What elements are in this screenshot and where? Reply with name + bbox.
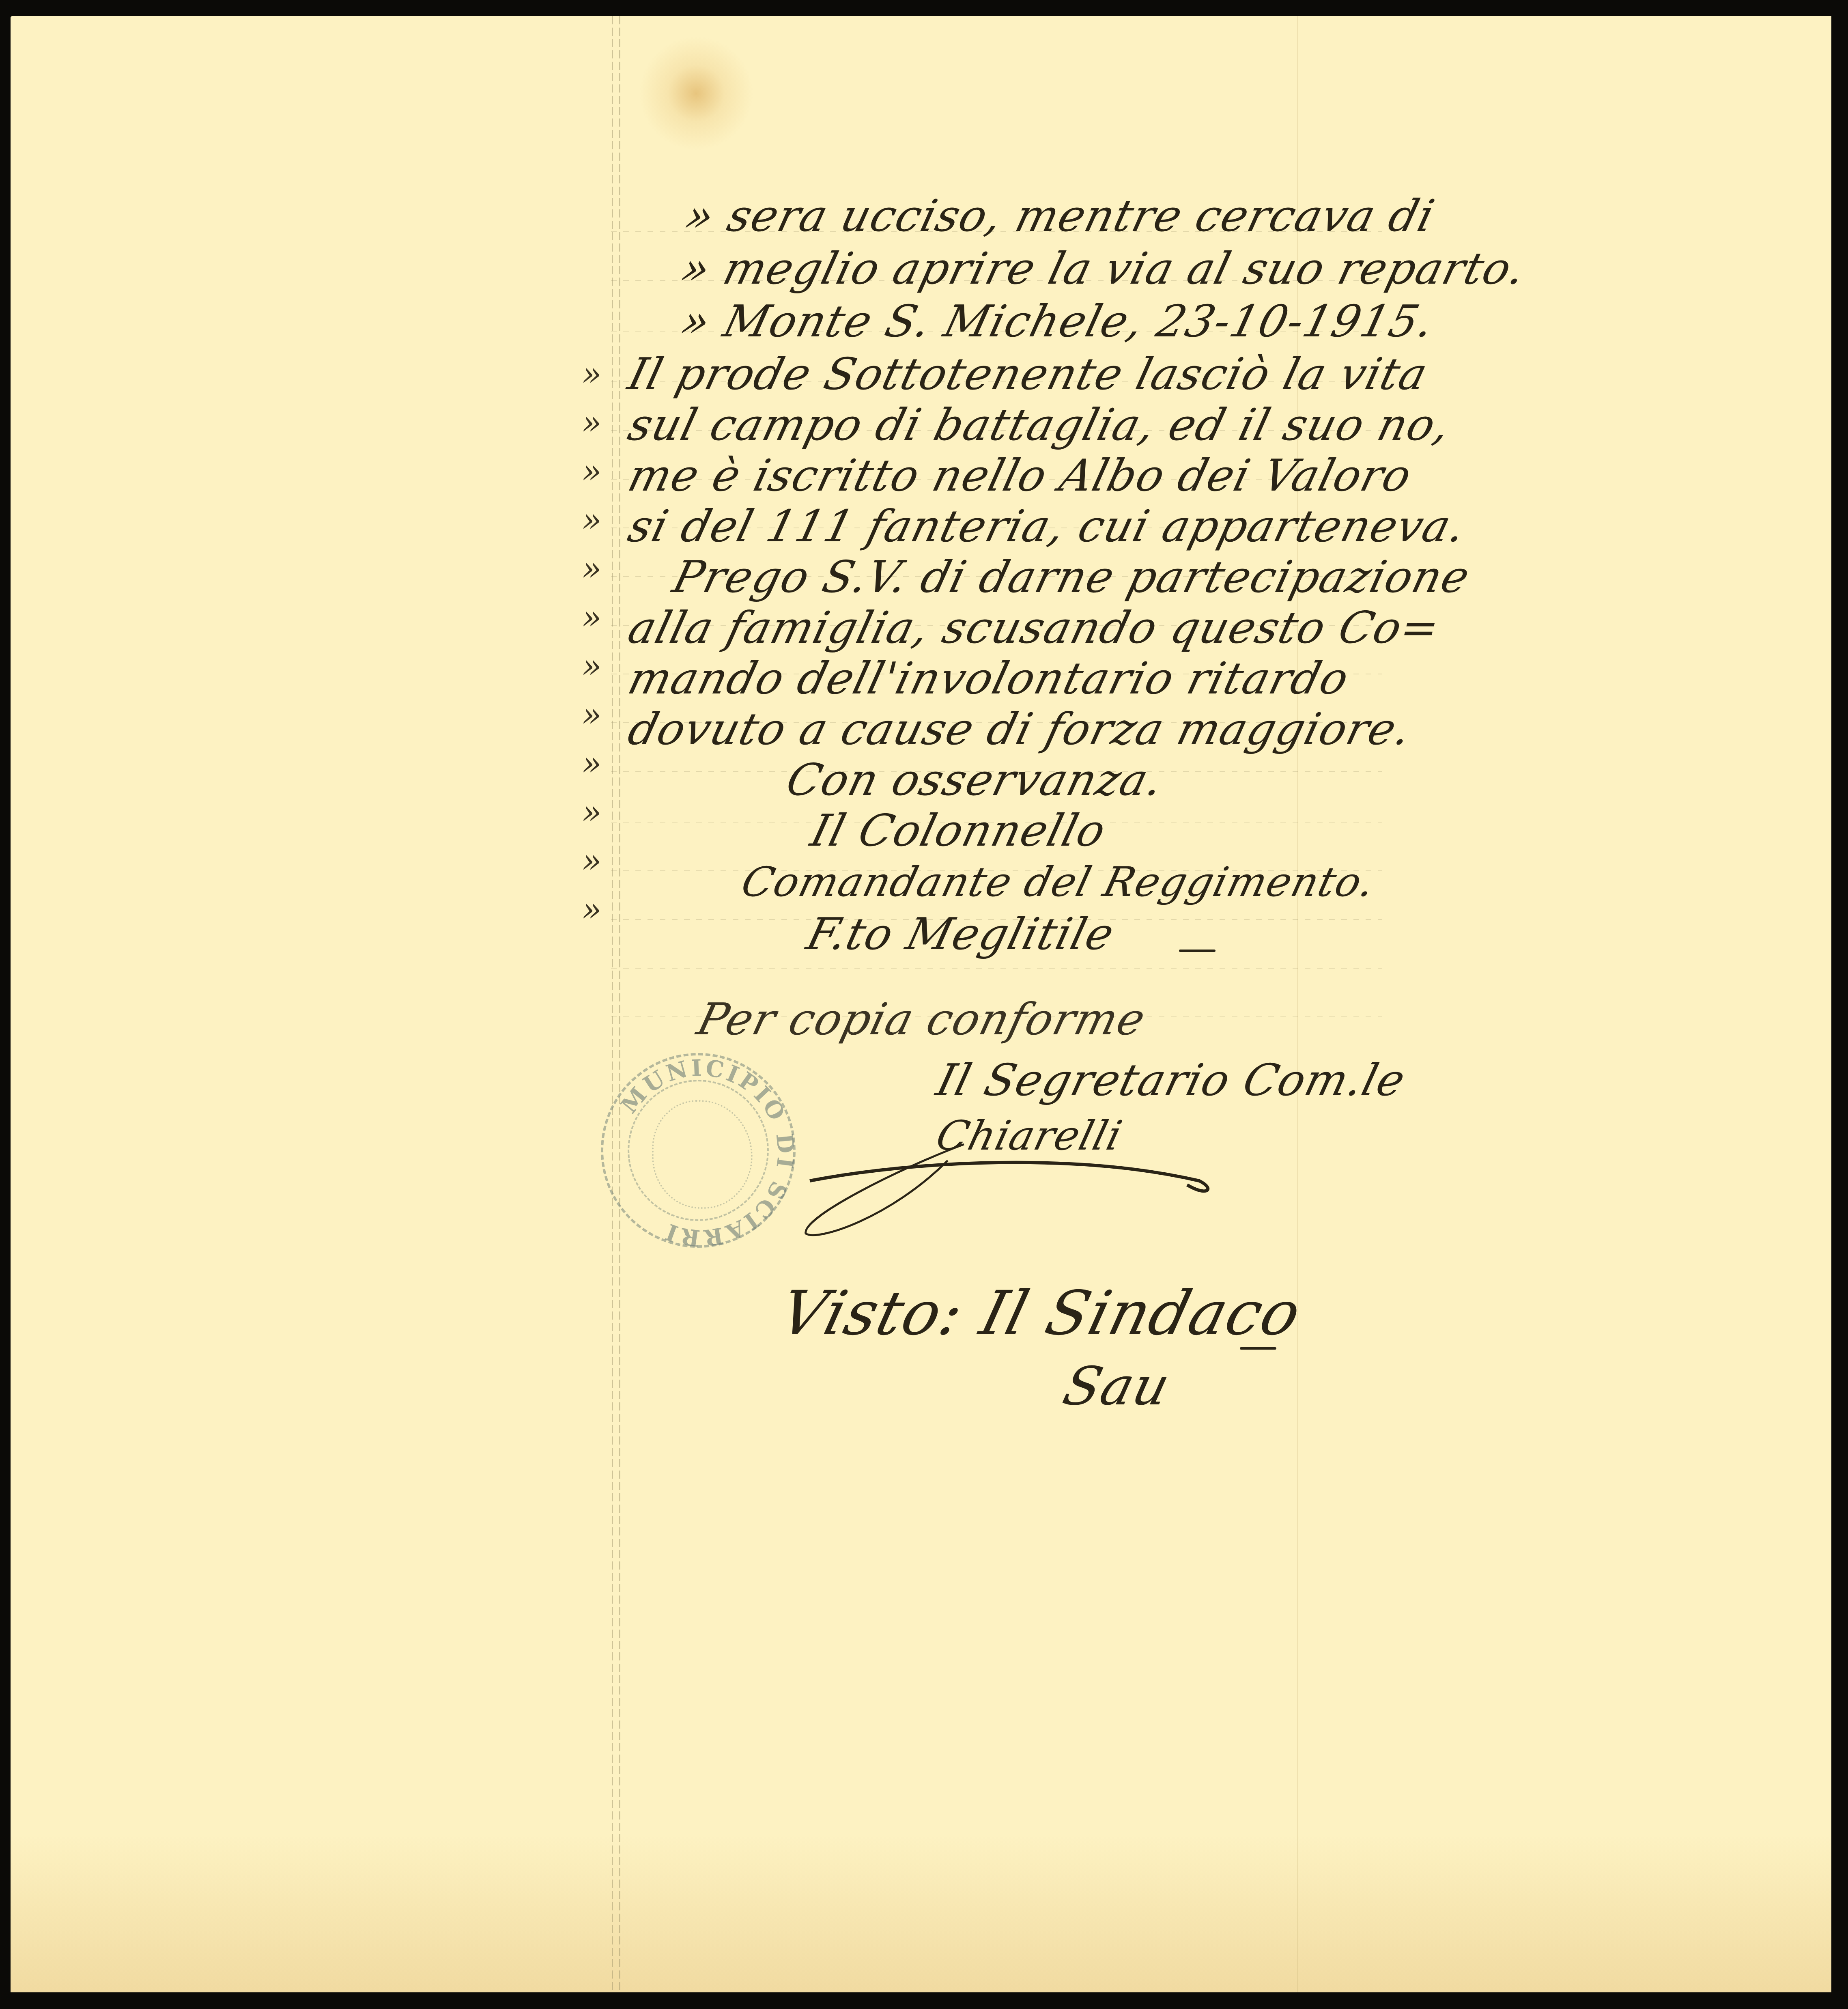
copy-note: Per copia conforme [692,994,1151,1045]
body-line: me è iscritto nello Albo dei Valoro [623,450,1417,501]
signature-dash [1179,950,1216,952]
seal-text: MUNICIPIO DI SCIARRI [616,1055,798,1250]
body-line: » Monte S. Michele, 23-10-1915. [676,296,1439,347]
secretary-title: Il Segretario Com.le [932,1055,1411,1106]
body-line: dovuto a cause di forza maggiore. [623,704,1417,755]
margin-line [612,16,613,1992]
body-line: alla famiglia, scusando questo Co= [623,603,1445,653]
body-line: si del 111 fanteria, cui apparteneva. [623,501,1471,552]
margin-mark: » [582,696,602,734]
margin-mark: » [582,842,602,880]
body-line: mando dell'involontario ritardo [623,653,1354,704]
body-line: Il prode Sottotenente lasciò la vita [623,349,1433,400]
margin-mark: » [582,599,602,636]
margin-mark: » [582,355,602,393]
margin-mark: » [582,891,602,928]
signatory-role: Comandante del Reggimento. [737,858,1380,906]
visa-dash [1240,1347,1276,1350]
margin-mark: » [582,550,602,588]
body-line: » sera ucciso, mentre cercava di [680,191,1440,241]
seal-text-ring: MUNICIPIO DI SCIARRI [603,1055,798,1250]
svg-text:MUNICIPIO DI SCIARRI: MUNICIPIO DI SCIARRI [616,1055,798,1250]
margin-mark: » [582,745,602,782]
document-page: » » » » » » » » » » » » » sera ucciso, m… [11,16,1831,1992]
signatory-title: Il Colonnello [806,805,1111,856]
ruled-line [611,968,1382,969]
signature-flourish [794,1136,1240,1242]
margin-mark: » [582,647,602,685]
margin-line-inner [619,16,620,1992]
margin-mark: » [582,793,602,831]
margin-mark: » [582,452,602,490]
body-line: Prego S.V. di darne partecipazione [668,552,1475,603]
body-line: sul campo di battaglia, ed il suo no, [623,400,1456,450]
body-line: » meglio aprire la via al suo reparto. [676,243,1531,294]
visa-signature: Sau [1057,1355,1177,1417]
margin-mark: » [582,501,602,539]
closing: Con osservanza. [781,755,1169,805]
visa-line: Visto: Il Sindaco [773,1278,1308,1349]
signatory-name: F.to Meglitile [802,909,1119,960]
municipal-seal: MUNICIPIO DI SCIARRI [601,1053,796,1248]
margin-mark: » [582,404,602,441]
